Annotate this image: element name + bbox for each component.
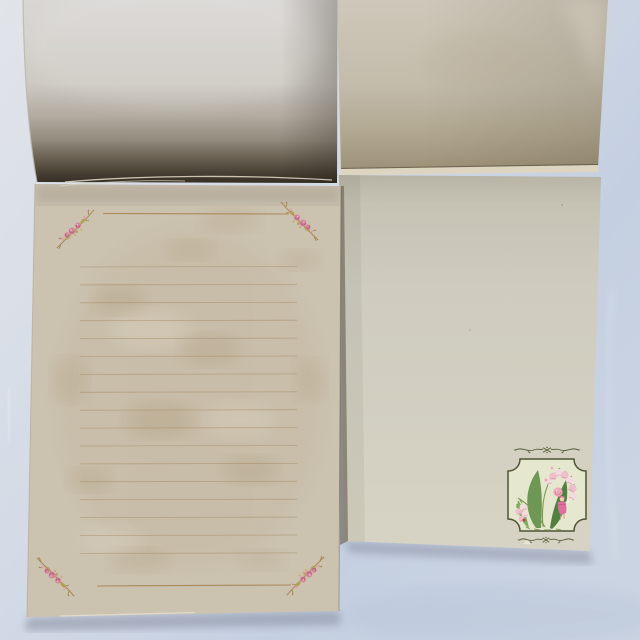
photo-canvas xyxy=(0,0,640,640)
stationery-photo xyxy=(0,0,640,640)
ruled-line xyxy=(80,428,297,429)
ruled-line xyxy=(80,267,297,268)
ruled-line xyxy=(80,553,297,554)
ruled-line xyxy=(80,481,297,482)
curled-page xyxy=(23,0,338,186)
ruled-line xyxy=(80,410,297,411)
paper-speck xyxy=(561,204,563,206)
ruled-line xyxy=(80,356,297,357)
pink-blossom xyxy=(553,487,562,496)
ruled-line xyxy=(80,284,297,285)
cover-stain xyxy=(420,32,540,88)
ruled-line xyxy=(80,374,297,375)
right-pad xyxy=(337,0,608,564)
lily-illustration xyxy=(508,447,586,544)
ruled-line xyxy=(80,517,297,518)
ruled-line xyxy=(80,463,297,464)
ruled-line xyxy=(80,302,297,303)
ruled-line xyxy=(80,392,297,393)
ladybug-dot xyxy=(523,519,526,522)
paper-speck xyxy=(469,329,471,331)
top-border-line xyxy=(103,214,289,215)
ruled-line xyxy=(80,338,297,339)
ruled-line xyxy=(80,535,297,536)
left-pad xyxy=(25,184,341,631)
ruled-line xyxy=(80,320,297,321)
ruled-line xyxy=(80,446,297,447)
ruled-line xyxy=(80,499,297,500)
